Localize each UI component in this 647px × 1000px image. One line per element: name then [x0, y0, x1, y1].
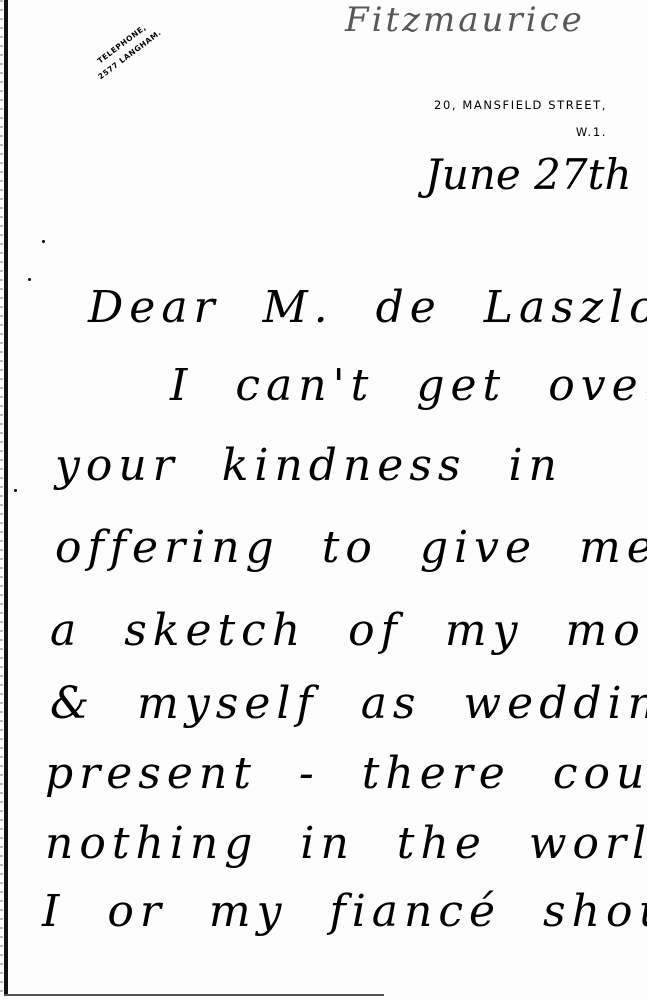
ink-speck — [28, 278, 31, 281]
ink-speck — [14, 489, 17, 492]
address-postcode: W.1. — [434, 119, 607, 146]
body-line: your kindness in — [55, 440, 563, 491]
archive-annotation: Fitzmaurice — [345, 0, 585, 40]
letter-page: Fitzmaurice TELEPHONE, 2577 LANGHAM. 20,… — [0, 0, 647, 1000]
body-line: nothing in the world — [45, 818, 647, 869]
scan-bottom-border — [4, 994, 384, 996]
salutation: Dear M. de Laszlo — [88, 282, 647, 333]
letterhead-address: 20, MANSFIELD STREET, W.1. — [434, 92, 607, 146]
ink-speck — [42, 240, 45, 243]
body-line: & myself as wedding — [50, 678, 647, 729]
body-line: I can't get over — [170, 360, 647, 411]
body-line: I or my fiancé should — [42, 886, 647, 937]
body-line: present - there could be — [45, 748, 647, 799]
letterhead-telephone: TELEPHONE, 2577 LANGHAM. — [82, 12, 170, 87]
letter-date: June 27th — [425, 150, 632, 199]
scan-left-border — [4, 0, 8, 995]
body-line: a sketch of my mother — [50, 605, 647, 656]
address-street: 20, MANSFIELD STREET, — [434, 92, 607, 119]
body-line: offering to give me — [55, 522, 647, 573]
scan-edge-dots — [0, 0, 3, 995]
